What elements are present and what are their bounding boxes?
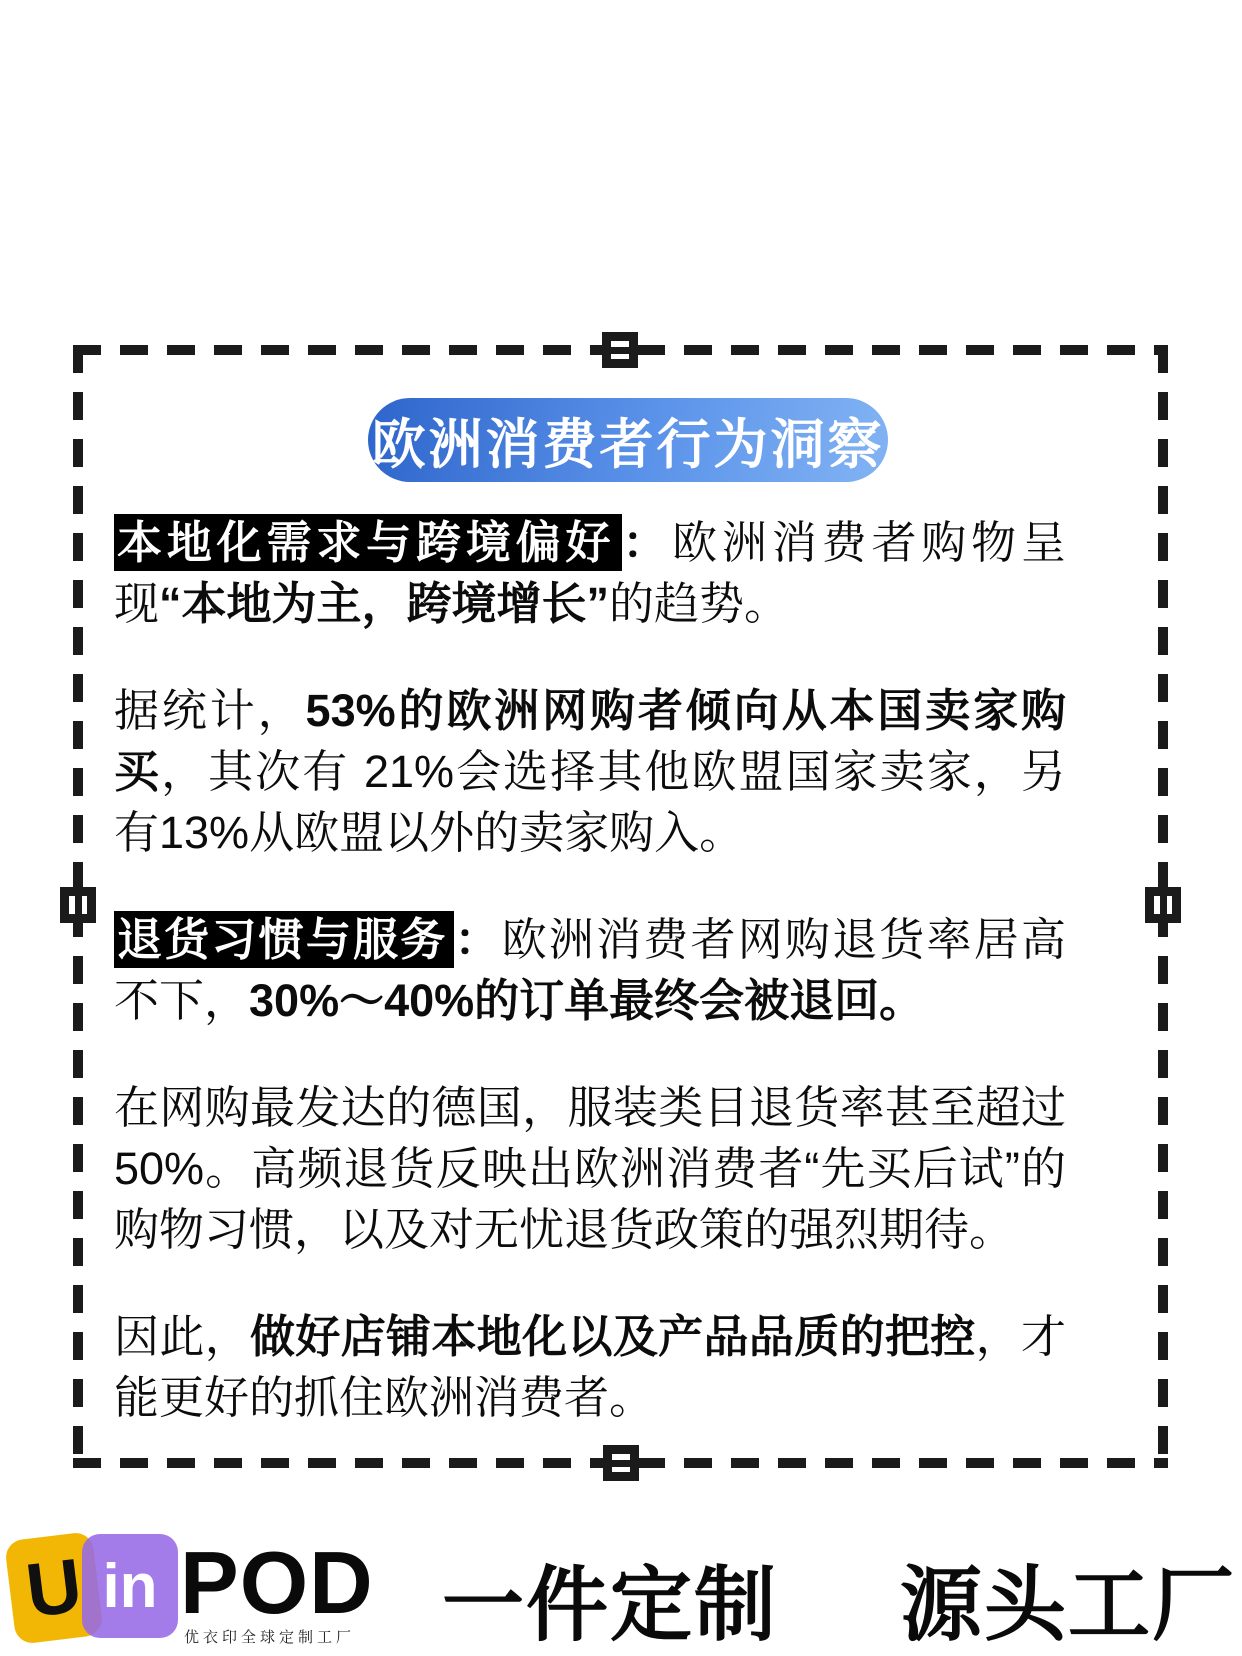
- paragraph-germany: 在网购最发达的德国，服装类目退货率甚至超过50%。高频退货反映出欧洲消费者“先买…: [114, 1077, 1066, 1260]
- body-content: 本地化需求与跨境偏好：欧洲消费者购物呈现“本地为主，跨境增长”的趋势。 据统计，…: [114, 512, 1066, 1428]
- poster-page: 欧洲消费者行为洞察 本地化需求与跨境偏好：欧洲消费者购物呈现“本地为主，跨境增长…: [0, 0, 1242, 1656]
- text-run: 因此，: [114, 1311, 250, 1362]
- logo-tagline: 优衣印全球定制工厂: [184, 1626, 355, 1647]
- logo-pod-text: POD: [180, 1532, 374, 1634]
- text-run: ：: [454, 914, 501, 965]
- text-run: ：: [622, 517, 672, 568]
- title-pill: 欧洲消费者行为洞察: [368, 398, 888, 482]
- handle-dash: [75, 896, 82, 914]
- footer-slogan-factory: 源头工厂: [900, 1540, 1236, 1656]
- frame-handle-left[interactable]: [60, 887, 96, 923]
- text-run: ，其次有 21%会选择其他欧盟国家卖家，另有13%从欧盟以外的卖家购入。: [114, 746, 1066, 858]
- text-run: 的趋势。: [609, 578, 789, 629]
- paragraph-statistics: 据统计，53%的欧洲网购者倾向从本国卖家购买，其次有 21%会选择其他欧盟国家卖…: [114, 680, 1066, 863]
- text-run: 据统计，: [114, 685, 306, 736]
- frame-handle-top[interactable]: [602, 332, 638, 368]
- frame-handle-bottom[interactable]: [603, 1445, 639, 1481]
- logo-letter-in: in: [102, 1551, 157, 1622]
- brand-logo: U in POD 优衣印全球定制工厂: [8, 1530, 368, 1650]
- section-label-localization: 本地化需求与跨境偏好: [114, 514, 622, 571]
- logo-purple-tile: in: [82, 1534, 178, 1638]
- text-run: “本地为主，跨境增长”: [159, 578, 609, 629]
- paragraph-returns: 退货习惯与服务：欧洲消费者网购退货率居高不下，30%～40%的订单最终会被退回。: [114, 909, 1066, 1031]
- handle-dash: [611, 347, 629, 354]
- paragraph-conclusion: 因此，做好店铺本地化以及产品品质的把控，才能更好的抓住欧洲消费者。: [114, 1306, 1066, 1428]
- frame-handle-right[interactable]: [1145, 887, 1181, 923]
- text-run: 在网购最发达的德国，服装类目退货率甚至超过50%。高频退货反映出欧洲消费者“先买…: [114, 1082, 1066, 1255]
- handle-dash: [612, 1460, 630, 1467]
- text-run: 做好店铺本地化以及产品品质的把控: [250, 1311, 976, 1362]
- logo-letter-u: U: [21, 1541, 86, 1634]
- section-label-returns: 退货习惯与服务: [114, 911, 454, 968]
- page-title: 欧洲消费者行为洞察: [372, 402, 885, 479]
- paragraph-localization: 本地化需求与跨境偏好：欧洲消费者购物呈现“本地为主，跨境增长”的趋势。: [114, 512, 1066, 634]
- handle-dash: [1160, 896, 1167, 914]
- text-run: 30%～40%的订单最终会被退回。: [249, 975, 924, 1026]
- footer-slogan-custom: 一件定制: [442, 1540, 778, 1656]
